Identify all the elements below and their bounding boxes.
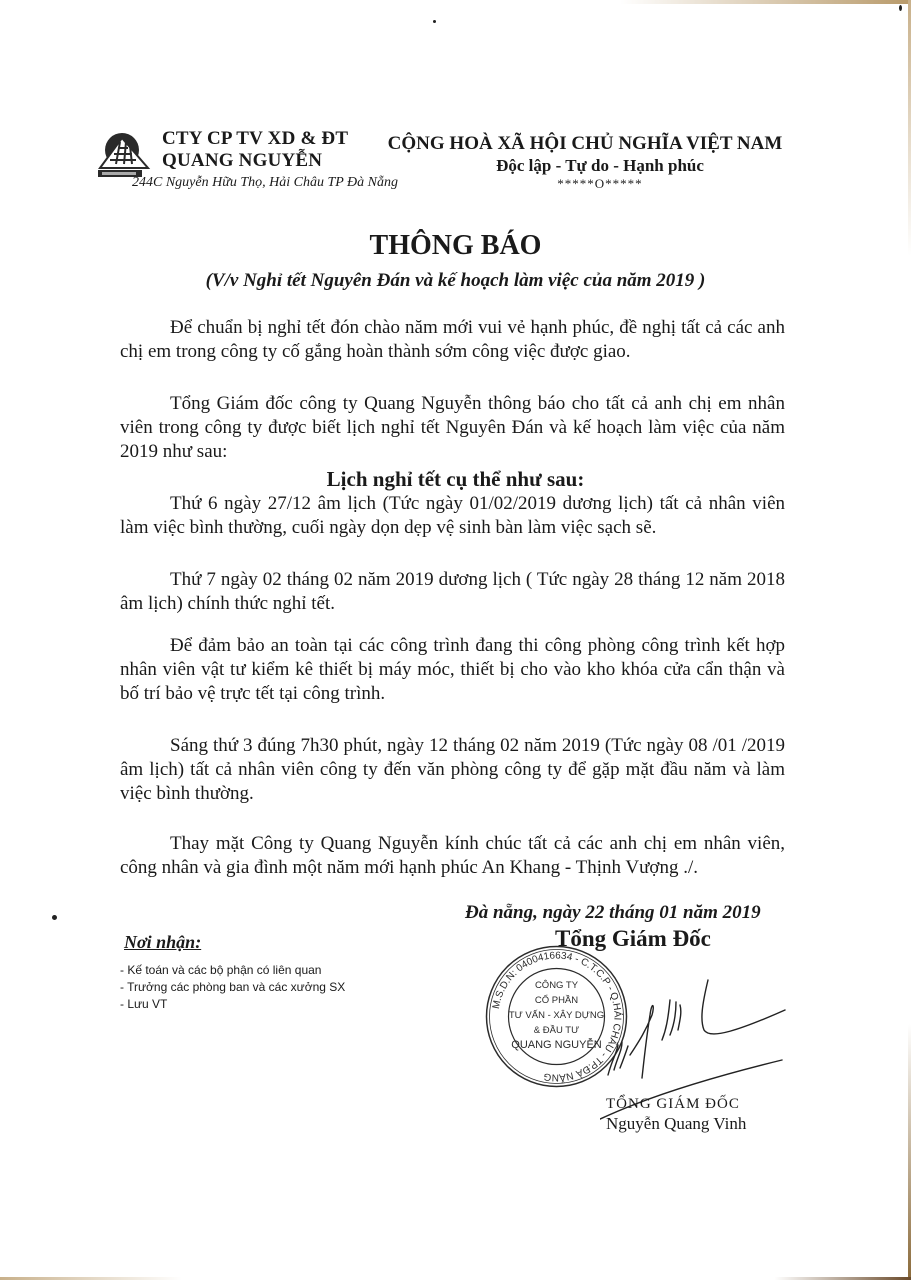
svg-text:CỔ PHẦN: CỔ PHẦN: [535, 994, 578, 1006]
recipient-item: - Lưu VT: [120, 996, 345, 1013]
schedule-item-2: Thứ 7 ngày 02 tháng 02 năm 2019 dương lị…: [120, 568, 785, 616]
recipients-list: - Kế toán và các bộ phận có liên quan - …: [120, 962, 345, 1013]
recipient-item: - Trưởng các phòng ban và các xưởng SX: [120, 979, 345, 996]
paper-edge-top: [620, 0, 911, 4]
date-line: Đà nẵng, ngày 22 tháng 01 năm 2019: [465, 902, 761, 924]
schedule-item-3: Để đảm bảo an toàn tại các công trình đa…: [120, 634, 785, 706]
company-name-line1: CTY CP TV XD & ĐT: [162, 128, 348, 150]
svg-text:CÔNG TY: CÔNG TY: [535, 980, 579, 991]
recipients-label: Nơi nhận:: [124, 932, 201, 953]
recipient-item: - Kế toán và các bộ phận có liên quan: [120, 962, 345, 979]
svg-text:TƯ VẤN - XÂY DỰNG: TƯ VẤN - XÂY DỰNG: [509, 1010, 604, 1021]
intro-paragraph-2: Tổng Giám đốc công ty Quang Nguyễn thông…: [120, 392, 785, 464]
signatory-role: TỔNG GIÁM ĐỐC: [606, 1096, 740, 1113]
nation-motto: Độc lập - Tự do - Hạnh phúc: [380, 156, 820, 176]
scan-speck: [52, 915, 57, 920]
closing-wishes: Thay mặt Công ty Quang Nguyễn kính chúc …: [120, 832, 785, 880]
company-logo-icon: [96, 130, 154, 180]
company-name-line2: QUANG NGUYỄN: [162, 150, 348, 172]
schedule-item-4: Sáng thứ 3 đúng 7h30 phút, ngày 12 tháng…: [120, 734, 785, 806]
section-heading: Lịch nghỉ tết cụ thể như sau:: [0, 467, 911, 492]
document-subtitle: (V/v Nghỉ tết Nguyên Đán và kế hoạch làm…: [0, 270, 911, 292]
scan-speck: [899, 5, 902, 11]
motto-separator: *****O*****: [380, 176, 820, 192]
schedule-item-1: Thứ 6 ngày 27/12 âm lịch (Tức ngày 01/02…: [120, 492, 785, 540]
signatory-name: Nguyễn Quang Vinh: [606, 1114, 746, 1134]
intro-paragraph-1: Để chuẩn bị nghỉ tết đón chào năm mới vu…: [120, 316, 785, 364]
svg-text:QUANG NGUYỄN: QUANG NGUYỄN: [511, 1038, 602, 1051]
company-name: CTY CP TV XD & ĐT QUANG NGUYỄN: [162, 128, 348, 172]
scan-speck: [433, 20, 436, 23]
svg-text:& ĐẦU TƯ: & ĐẦU TƯ: [534, 1025, 579, 1036]
document-title: THÔNG BÁO: [0, 230, 911, 262]
company-address: 244C Nguyễn Hữu Thọ, Hải Châu TP Đà Nẵng: [132, 175, 398, 191]
nation-name: CỘNG HOÀ XÃ HỘI CHỦ NGHĨA VIỆT NAM: [380, 132, 790, 155]
